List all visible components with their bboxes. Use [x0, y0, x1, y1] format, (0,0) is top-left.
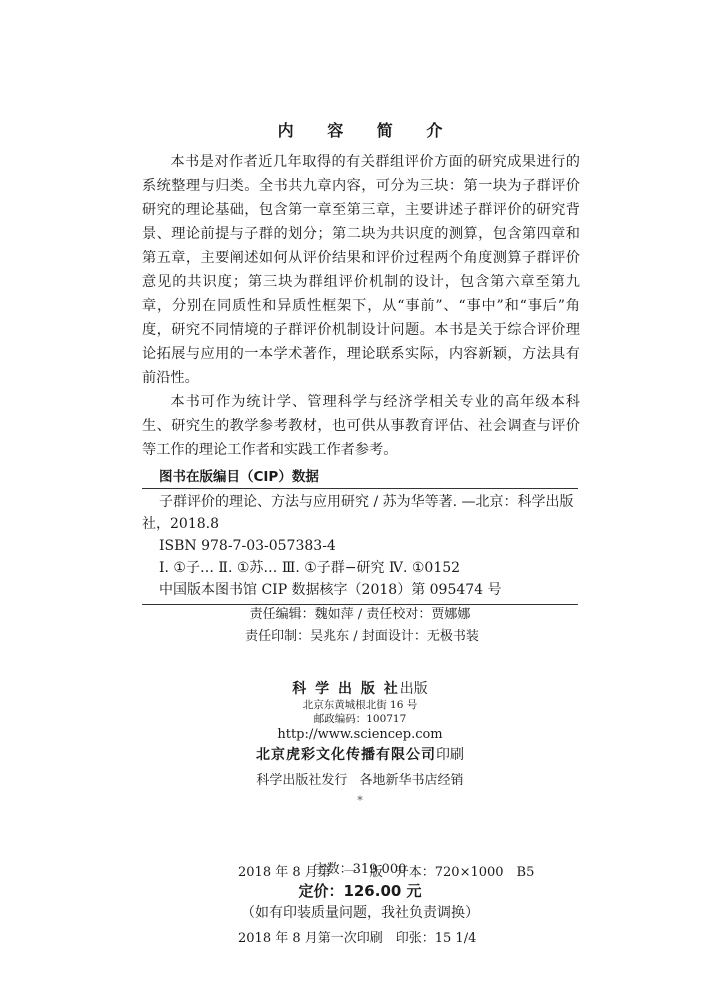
publisher-suffix: 出版 — [400, 681, 428, 697]
intro-paragraph: 本书可作为统计学、管理科学与经济学相关专业的高年级本科生、研究生的教学参考教材，… — [142, 390, 580, 462]
quality-notice: （如有印装质量问题，我社负责调换） — [0, 902, 720, 924]
editorial-credits: 责任编辑：魏如萍 / 责任校对：贾娜娜 责任印制：吴兆东 / 封面设计：无极书装 — [0, 604, 720, 648]
printer-name-text: 北京虎彩文化传播有限公司 — [256, 747, 436, 763]
page-title: 内 容 简 介 — [0, 118, 720, 141]
word-count: 字数：319 000 — [0, 860, 720, 880]
cip-title-line-cont: 社，2018.8 — [142, 513, 578, 535]
publisher-name: 科 学 出 版 社出版 — [0, 680, 720, 698]
separator-asterisk: * — [0, 792, 720, 810]
distribution-line: 科学出版社发行 各地新华书店经销 — [0, 770, 720, 792]
publisher-url: http://www.sciencep.com — [0, 726, 720, 744]
cip-record-number: 中国版本图书馆 CIP 数据核字（2018）第 095474 号 — [142, 579, 578, 601]
editor-credit-line: 责任编辑：魏如萍 / 责任校对：贾娜娜 — [0, 604, 720, 626]
cip-heading: 图书在版编目（CIP）数据 — [142, 466, 578, 488]
cip-data-block: 图书在版编目（CIP）数据 子群评价的理论、方法与应用研究 / 苏为华等著. —… — [142, 466, 578, 605]
production-credit-line: 责任印制：吴兆东 / 封面设计：无极书装 — [0, 626, 720, 648]
book-introduction: 本书是对作者近几年取得的有关群组评价方面的研究成果进行的系统整理与归类。全书共九… — [142, 150, 580, 462]
cip-title-line: 子群评价的理论、方法与应用研究 / 苏为华等著. —北京：科学出版 — [142, 491, 578, 513]
cip-isbn: ISBN 978-7-03-057383-4 — [142, 535, 578, 557]
publisher-name-text: 科 学 出 版 社 — [292, 681, 400, 697]
copyright-page: 内 容 简 介 本书是对作者近几年取得的有关群组评价方面的研究成果进行的系统整理… — [0, 0, 720, 1000]
publisher-info: 科 学 出 版 社出版 北京东黄城根北街 16 号 邮政编码：100717 ht… — [0, 680, 720, 810]
publisher-postcode: 邮政编码：100717 — [0, 712, 720, 726]
publisher-address: 北京东黄城根北街 16 号 — [0, 698, 720, 712]
printer-name: 北京虎彩文化传播有限公司印刷 — [0, 744, 720, 766]
cip-classification: Ⅰ. ①子… Ⅱ. ①苏… Ⅲ. ①子群−研究 Ⅳ. ①0152 — [142, 557, 578, 579]
printer-suffix: 印刷 — [436, 747, 464, 763]
printing-line: 2018 年 8 月第一次印刷 印张：15 1/4 — [238, 928, 534, 950]
intro-paragraph: 本书是对作者近几年取得的有关群组评价方面的研究成果进行的系统整理与归类。全书共九… — [142, 150, 580, 390]
cip-body: 子群评价的理论、方法与应用研究 / 苏为华等著. —北京：科学出版 社，2018… — [142, 489, 578, 604]
price: 定价：126.00 元 — [0, 880, 720, 902]
